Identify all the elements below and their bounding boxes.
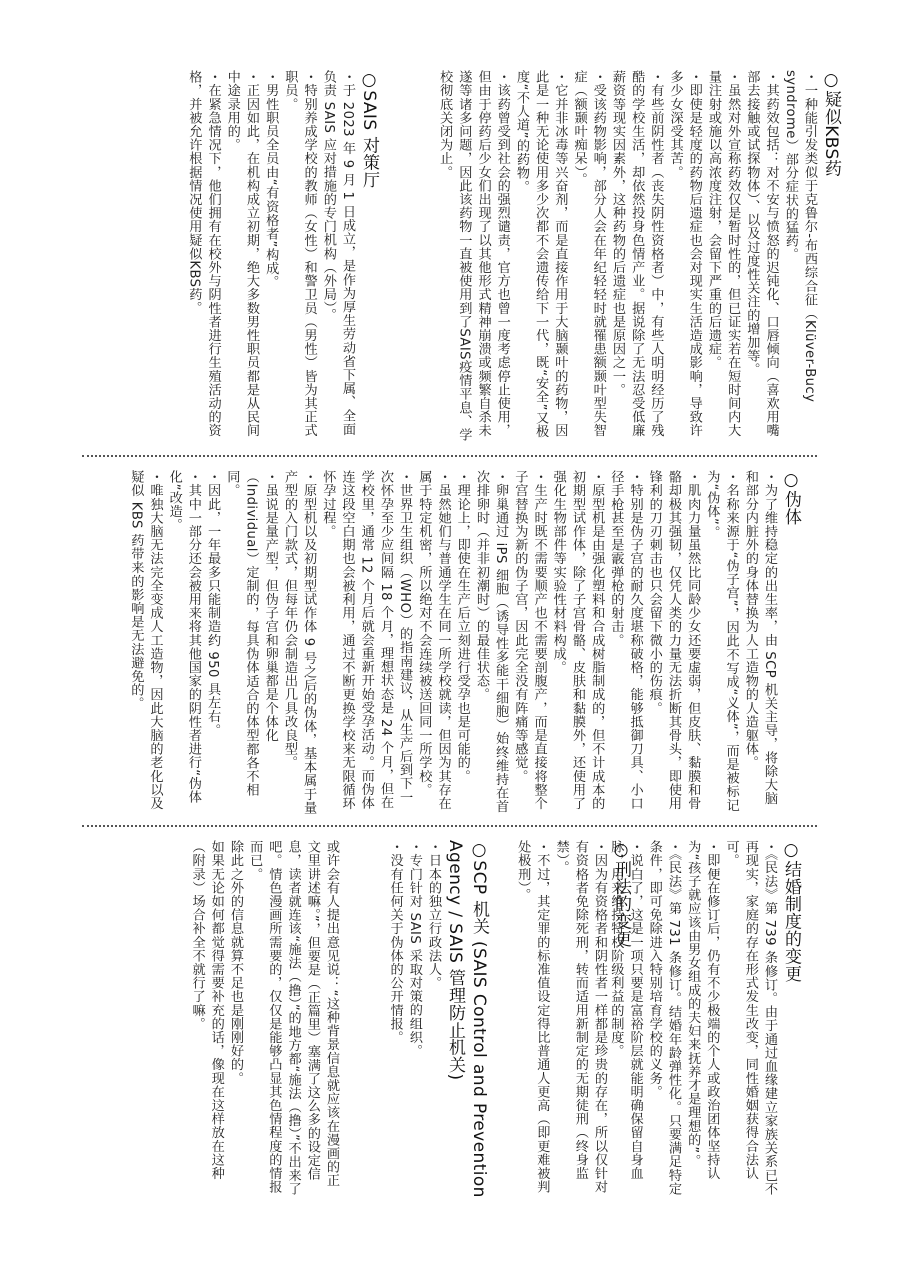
bullet-paragraph: 原型机以及初期型试作体 9 号之后的伪体，基本属于量产型的入门款式，但每年仍会制… bbox=[280, 470, 318, 815]
bullet-paragraph: 《民法》第 731 条修订。结婚年龄弹性化。只要满足特定条件，即可免除进入特别培… bbox=[645, 840, 683, 1200]
bullet-paragraph: 不过，其定罪的标准值设定得比普通人更高（即更难被判处极刑）。 bbox=[513, 840, 551, 1200]
note-paragraph: 除此之外的信息就算不足也是刚刚好的。 bbox=[226, 840, 245, 1200]
section-author-note: 或许会有人提出意见说：“这种背景信息就应该在漫画的正文里讲述嘛。”，但要是（正篇… bbox=[161, 840, 341, 1200]
bullet-paragraph: 虽然对外宣称药效仅是暂时性的，但已证实若在短时间内大量注射或施以高浓度注射，会留… bbox=[704, 70, 742, 445]
middle-band: ○伪体 为了维持稳定的出生率，由 SCP 机关主导，将除大脑和部分内脏外的身体替… bbox=[0, 470, 901, 815]
bullet-paragraph: 其药效包括：对不安与愤怒的迟钝化、口唇倾向（喜欢用嘴部去接触或试探物体）、以及过… bbox=[742, 70, 780, 445]
bullet-paragraph: 受该药物影响，部分人会在年纪轻轻时就罹患额颞叶型失智症（额颞叶痴呆）。 bbox=[569, 70, 607, 445]
bullet-paragraph: 因为有资格者和阴性者一样都是珍贵的存在，所以仅针对有资格者免除死刑，转而适用新制… bbox=[551, 840, 609, 1200]
bullet-paragraph: 它并非冰毒等兴奋剂，而是直接作用于大脑颞叶的药物，因此是一种无论使用多少次都不会… bbox=[512, 70, 570, 445]
note-paragraph: 如果无论如何都觉得需要补充的话，像现在这样放在这种（附录）场合补全不就行了嘛。 bbox=[187, 840, 225, 1200]
bullet-paragraph: 该药曾受到社会的强烈谴责，官方也曾一度考虑停止使用，但由于停药后少女们出现了以其… bbox=[435, 70, 512, 445]
bullet-paragraph: 名称来源于“伪子宫”，因此不写成“义体”，而是被标记为“伪体”。 bbox=[702, 470, 740, 815]
bullet-paragraph: 一种能引发类似于克鲁尔-布西综合征（Klüver-Bucy syndrome）部… bbox=[781, 70, 819, 445]
section-heading: ○SCP 机关 (SAIS Control and Prevention Age… bbox=[443, 840, 491, 1200]
dotted-divider bbox=[82, 825, 817, 827]
bullet-paragraph: 生产时既不需要顺产也不需要剖腹产，而是直接将整个子宫替换为新的伪子宫，因此完全没… bbox=[510, 470, 548, 815]
bullet-paragraph: 虽然她们与普通学生在同一所学校就读，但因为其存在属于特定机密，所以绝对不会连续被… bbox=[414, 470, 452, 815]
bullet-paragraph: 有些前阴性者（丧失阴性资格者）中，有些人明明经历了残酷的学校生活，却依然投身色情… bbox=[608, 70, 666, 445]
bullet-paragraph: 即使是轻度的药物后遗症也会对现实生活造成影响，导致许多少女深受其苦。 bbox=[665, 70, 703, 445]
bullet-paragraph: 因此，一年最多只能制造约 950 具左右。 bbox=[203, 470, 222, 815]
bullet-paragraph: 世界卫生组织（WHO）的指南建议，从生产后到下一次怀孕至少应间隔 18 个月，理… bbox=[318, 470, 414, 815]
bullet-paragraph: 专门针对 SAIS 采取对策的组织。 bbox=[405, 840, 424, 1200]
note-paragraph: 或许会有人提出意见说：“这种背景信息就应该在漫画的正文里讲述嘛。”，但要是（正篇… bbox=[245, 840, 341, 1200]
bullet-paragraph: 日本的独立行政法人。 bbox=[424, 840, 443, 1200]
bullet-paragraph: 肌肉力量虽然比同龄少女还要虚弱，但皮肤、黏膜和骨骼却极其强韧，仅凭人类的力量无法… bbox=[645, 470, 703, 815]
bullet-paragraph: 为了维持稳定的出生率，由 SCP 机关主导，将除大脑和部分内脏外的身体替换为人工… bbox=[741, 470, 779, 815]
section-scp-agency: ○SCP 机关 (SAIS Control and Prevention Age… bbox=[341, 840, 491, 1200]
bullet-paragraph: 《民法》第 739 条修订。由于通过血缘建立家族关系已不再现实，家庭的存在形式发… bbox=[721, 840, 779, 1200]
dotted-divider bbox=[82, 455, 817, 457]
section-sais-agency: ○SAIS 对策厅 于 2023 年 9 月 1 日成立，是作为厚生劳动省下属、… bbox=[201, 70, 381, 445]
section-criminal-law: ○刑法的变更 因为有资格者和阴性者一样都是珍贵的存在，所以仅针对有资格者免除死刑… bbox=[493, 840, 633, 1200]
bullet-paragraph: 没有任何关于伪体的公开情报。 bbox=[385, 840, 404, 1200]
section-heading: ○SAIS 对策厅 bbox=[357, 70, 381, 445]
section-marriage-law: ○结婚制度的变更 《民法》第 739 条修订。由于通过血缘建立家族关系已不再现实… bbox=[633, 840, 803, 1200]
section-kbs-drug: ○疑似KBS药 一种能引发类似于克鲁尔-布西综合征（Klüver-Bucy sy… bbox=[638, 70, 843, 445]
bullet-paragraph: 于 2023 年 9 月 1 日成立，是作为厚生劳动省下属、全面负责 SAIS … bbox=[319, 70, 357, 445]
bullet-paragraph: 在紧急情况下，他们拥有在校外与阴性者进行生殖活动的资格，并被允许根据情况使用疑似… bbox=[184, 70, 222, 445]
bullet-paragraph: 特别是伪子宫的耐久度堪称破格，能够抵御刀具、小口径手枪甚至是霰弹枪的射击。 bbox=[606, 470, 644, 815]
bullet-paragraph: 理论上，即使在生产后立刻进行受孕也是可能的。 bbox=[453, 470, 472, 815]
bullet-paragraph: 其中一部分还会被用来将其他国家的阴性者进行“伪体化”改造。 bbox=[165, 470, 203, 815]
section-heading: ○刑法的变更 bbox=[609, 840, 633, 1200]
section-heading: ○伪体 bbox=[779, 470, 803, 815]
bullet-paragraph: 男性职员全员由“有资格者”构成。 bbox=[261, 70, 280, 445]
bullet-paragraph: 特别养成学校的教师（女性）和警卫员（男性）皆为其正式职员。 bbox=[280, 70, 318, 445]
top-band: ○疑似KBS药 一种能引发类似于克鲁尔-布西综合征（Klüver-Bucy sy… bbox=[0, 70, 901, 445]
bullet-paragraph: 虽说是量产型，但伪子宫和卵巢都是个体化（Individual）定制的，每具伪体适… bbox=[222, 470, 280, 815]
section-heading: ○疑似KBS药 bbox=[819, 70, 843, 445]
bullet-paragraph: 原型机是由强化塑料和合成树脂制成的，但不计成本的初期型试作体，除了子宫骨骼、皮肤… bbox=[549, 470, 607, 815]
bullet-paragraph: 正因如此，在机构成立初期，绝大多数男性职员都是从民间中途录用的。 bbox=[223, 70, 261, 445]
section-heading: ○结婚制度的变更 bbox=[779, 840, 803, 1200]
bottom-band: ○结婚制度的变更 《民法》第 739 条修订。由于通过血缘建立家族关系已不再现实… bbox=[0, 840, 901, 1200]
bullet-paragraph: 即便在修订后，仍有不少极端的个人或政治团体坚持认为“孩子就应该由男女组成的夫妇来… bbox=[683, 840, 721, 1200]
bullet-paragraph: 唯独大脑无法完全变成人工造物，因此大脑的老化以及疑似 KBS 药带来的影响是无法… bbox=[126, 470, 164, 815]
bullet-paragraph: 卵巢通过 iPS 细胞（诱导性多能干细胞）始终维持在首次排卵时（并非初潮时）的最… bbox=[472, 470, 510, 815]
section-gitai: ○伪体 为了维持稳定的出生率，由 SCP 机关主导，将除大脑和部分内脏外的身体替… bbox=[153, 470, 803, 815]
